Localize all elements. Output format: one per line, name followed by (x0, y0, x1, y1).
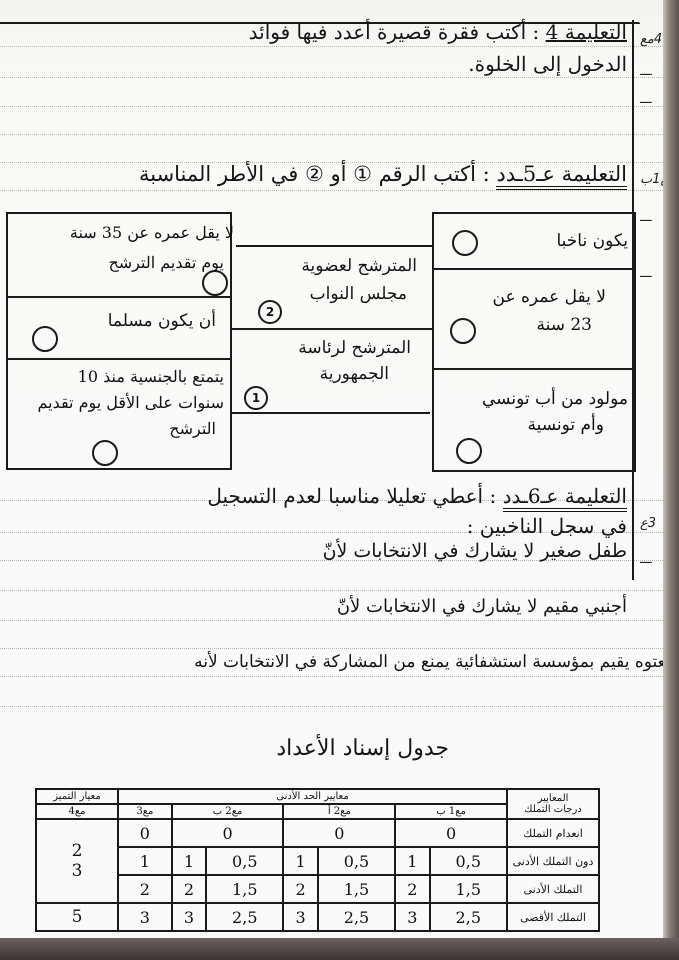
answer-circle[interactable] (32, 326, 58, 352)
candidate-number-badge: 2 (258, 300, 282, 324)
corner-header: المعايير درجات التملك (507, 789, 599, 819)
divider (230, 412, 430, 414)
ruled-line (0, 134, 665, 135)
q6-text: : أعطي تعليلا مناسبا لعدم التسجيل (207, 484, 496, 508)
table-cell: 1 (283, 847, 317, 875)
table-row: 5 3 3 2,5 3 2,5 3 2,5 التملك الأقصى (36, 903, 599, 931)
table-header-row: معيار التميز معايير الحد الأدنى المعايير… (36, 789, 599, 804)
candidate-number-badge: 1 (244, 386, 268, 410)
ruled-line (0, 77, 665, 78)
candidate-deputies-line2: مجلس النواب (310, 284, 407, 304)
margin-mark: 3ع (640, 516, 656, 531)
condition-cell: يكون ناخبا (434, 214, 634, 270)
q6-text-line2: في سجل الناخبين : (467, 514, 627, 538)
answer-circle[interactable] (450, 318, 476, 344)
row-label: دون التملك الأدنى (507, 847, 599, 875)
table-cell: 0,5 (318, 847, 395, 875)
condition-text: أن يكون مسلما (108, 308, 216, 334)
table-cell: 1,5 (206, 875, 283, 903)
condition-text: 23 سنة (536, 312, 592, 338)
column-header: مع3 (118, 804, 172, 819)
table-cell: 2 (118, 875, 172, 903)
table-cell: 1 (118, 847, 172, 875)
table-cell: 2 (395, 875, 429, 903)
row-label: انعدام التملك (507, 819, 599, 847)
condition-text: يكون ناخبا (556, 228, 628, 254)
candidate-deputies-line1: المترشح لعضوية (301, 256, 417, 276)
divider (232, 328, 432, 330)
column-header: مع4 (36, 804, 118, 819)
condition-text: سنوات على الأقل يوم تقديم (37, 390, 224, 416)
ruled-line (0, 676, 665, 677)
column-header: مع2 ب (172, 804, 284, 819)
margin-mark: ـــ (640, 266, 651, 281)
answer-circle[interactable] (202, 270, 228, 296)
column-header: مع2 أ (283, 804, 395, 819)
q5-instruction: التعليمة عـ5ـدد : أكتب الرقم ① أو ② في ا… (139, 162, 627, 186)
answer-circle[interactable] (456, 438, 482, 464)
table-cell: 1 (395, 847, 429, 875)
candidate-president-line2: الجمهورية (320, 364, 389, 384)
total-value: 3 (37, 861, 117, 881)
ruled-line (0, 106, 665, 107)
condition-cell: يتمتع بالجنسية منذ 10 سنوات على الأقل يو… (8, 358, 230, 466)
condition-cell: لا يقل عمره عن 23 سنة (434, 268, 634, 370)
margin-mark: ـــ (640, 64, 651, 79)
photo-edge-bottom (0, 938, 679, 960)
table-cell: 2,5 (206, 903, 283, 931)
q6-item-insane: معتوه يقيم بمؤسسة استشفائية يمنع من المش… (194, 652, 675, 672)
condition-text: وأم تونسية (527, 412, 604, 438)
margin-mark: ـــ (640, 92, 651, 107)
row-label: التملك الأقصى (507, 903, 599, 931)
table-cell: 1,5 (318, 875, 395, 903)
margin-mark: 4مع (640, 32, 662, 47)
table-row: 2 3 0 0 0 0 انعدام التملك (36, 819, 599, 847)
table-cell: 0 (395, 819, 507, 847)
corner-top-label: المعايير (508, 793, 598, 804)
exam-page: 4مع ـــ ـــ ع1ب ـــ ـــ 3ع ـــ التعليمة … (0, 0, 679, 960)
q6-instruction: التعليمة عـ6ـدد : أعطي تعليلا مناسبا لعد… (207, 484, 627, 508)
margin-mark: ـــ (640, 210, 651, 225)
q4-instruction: التعليمة 4 : أكتب فقرة قصيرة أعدد فيها ف… (249, 20, 627, 44)
table-cell: 2 (172, 875, 206, 903)
grading-table-title: جدول إسناد الأعداد (276, 736, 449, 761)
column-header: مع1 ب (395, 804, 507, 819)
total-value: 2 (37, 841, 117, 861)
table-cell: 3 (118, 903, 172, 931)
condition-text: لا يقل عمره عن 35 سنة (70, 220, 234, 246)
divider (236, 245, 432, 247)
total-cell: 5 (36, 903, 118, 931)
table-cell: 2,5 (318, 903, 395, 931)
ruled-line (0, 620, 665, 621)
ruled-line (0, 190, 665, 191)
condition-text: مولود من أب تونسي (482, 386, 628, 412)
table-cell: 3 (395, 903, 429, 931)
ruled-line (0, 706, 665, 707)
q5-label: التعليمة عـ5ـدد (496, 162, 627, 190)
total-header: معيار التميز (36, 789, 118, 804)
ruled-line (0, 590, 665, 591)
ruled-line (0, 648, 665, 649)
table-cell: 0,5 (430, 847, 507, 875)
q4-text-line2: الدخول إلى الخلوة. (468, 52, 627, 76)
condition-cell: مولود من أب تونسي وأم تونسية (434, 368, 634, 468)
q6-item-child: طفل صغير لا يشارك في الانتخابات لأنّ (323, 540, 627, 562)
row-label: التملك الأدنى (507, 875, 599, 903)
photo-edge-right (663, 0, 679, 960)
group-header: معايير الحد الأدنى (118, 789, 507, 804)
left-conditions-box: لا يقل عمره عن 35 سنة يوم تقديم الترشح أ… (6, 212, 232, 470)
condition-cell: لا يقل عمره عن 35 سنة يوم تقديم الترشح (8, 214, 230, 298)
q4-text: : أكتب فقرة قصيرة أعدد فيها فوائد (249, 20, 540, 44)
answer-circle[interactable] (92, 440, 118, 466)
table-row: 1 1 0,5 1 0,5 1 0,5 دون التملك الأدنى (36, 847, 599, 875)
condition-text: لا يقل عمره عن (493, 284, 606, 310)
table-cell: 0,5 (206, 847, 283, 875)
table-cell: 1,5 (430, 875, 507, 903)
table-cell: 0 (118, 819, 172, 847)
condition-cell: أن يكون مسلما (8, 296, 230, 360)
table-cell: 2,5 (430, 903, 507, 931)
answer-circle[interactable] (452, 230, 478, 256)
right-conditions-box: يكون ناخبا لا يقل عمره عن 23 سنة مولود م… (432, 212, 636, 472)
total-cell: 2 3 (36, 819, 118, 903)
table-row: 2 2 1,5 2 1,5 2 1,5 التملك الأدنى (36, 875, 599, 903)
table-cell: 3 (172, 903, 206, 931)
table-cell: 0 (172, 819, 284, 847)
condition-text: يتمتع بالجنسية منذ 10 (78, 364, 224, 390)
table-cell: 2 (283, 875, 317, 903)
table-cell: 0 (283, 819, 395, 847)
corner-bottom-label: درجات التملك (508, 804, 598, 815)
q5-text: : أكتب الرقم ① أو ② في الأطر المناسبة (139, 162, 490, 186)
candidate-president-line1: المترشح لرئاسة (298, 338, 411, 358)
table-cell: 3 (283, 903, 317, 931)
table-cell: 1 (172, 847, 206, 875)
condition-text: الترشح (169, 416, 216, 442)
ruled-line (0, 46, 665, 47)
margin-mark: ـــ (640, 552, 651, 567)
q4-label: التعليمة 4 (546, 20, 627, 44)
q6-item-foreigner: أجنبي مقيم لا يشارك في الانتخابات لأنّ (337, 596, 627, 617)
grading-table: معيار التميز معايير الحد الأدنى المعايير… (35, 788, 600, 932)
q6-label: التعليمة عـ6ـدد (503, 484, 627, 512)
